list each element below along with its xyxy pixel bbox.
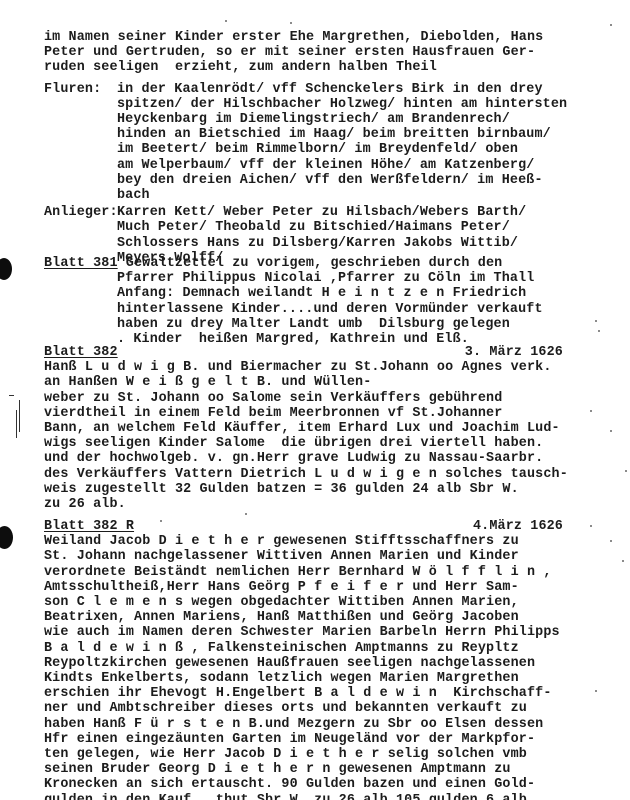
entry-line: hinterlassene Kinder....und deren Vormün… [117, 302, 543, 317]
entry-line: Amtsschultheiß,Herr Hans Geörg P f e i f… [44, 580, 519, 595]
scan-speck [590, 410, 592, 412]
ink-blot [0, 258, 12, 280]
entry-line: Hfr einen eingezäunten Garten im Neugelä… [44, 732, 535, 747]
entry-line: haben Hanß F ü r s t e n B.und Mezgern z… [44, 717, 543, 732]
anlieger-line: Schlossers Hans zu Dilsberg/Karren Jakob… [117, 236, 518, 251]
blatt-heading: Blatt 382 R [44, 519, 134, 534]
entry-line: weber zu St. Johann oo Salome sein Verkä… [44, 391, 502, 406]
scan-speck [598, 330, 600, 332]
entry-line: gulden in den Kauf,. thut Sbr W. zu 26 a… [44, 793, 527, 800]
entry-line: Beatrixen, Annen Mariens, Hanß Matthißen… [44, 610, 519, 625]
fluren-line: im Beetert/ beim Rimmelborn/ im Breydenf… [117, 142, 518, 157]
entry-line: wigs seeligen Kinder Salome die übrigen … [44, 436, 543, 451]
scan-speck [225, 20, 227, 22]
entry-line: ten gelegen, wie Herr Jacob D i e t h e … [44, 747, 527, 762]
intro-line: im Namen seiner Kinder erster Ehe Margre… [44, 30, 543, 45]
scan-speck [610, 540, 612, 542]
scan-speck [160, 520, 162, 522]
margin-mark [9, 395, 14, 396]
anlieger-line: Much Peter/ Theobald zu Bitschied/Haiman… [117, 220, 510, 235]
entry-line: seinen Bruder Georg D i e t h e r n gewe… [44, 762, 511, 777]
fluren-line: bach [117, 188, 150, 203]
entry-line: B a l d e w i n ß , Falkensteinischen Am… [44, 641, 519, 656]
scan-speck [610, 430, 612, 432]
entry-line: Kronecken an sich ertauscht. 90 Gulden b… [44, 777, 535, 792]
entry-line: son C l e m e n s wegen obgedachter Witt… [44, 595, 519, 610]
fluren-line: am Welperbaum/ vff der kleinen Höhe/ am … [117, 158, 534, 173]
entry-line: haben zu drey Malter Landt umb Dilsburg … [117, 317, 510, 332]
entry-date: 4.März 1626 [473, 519, 563, 534]
scanned-document-page: im Namen seiner Kinder erster Ehe Margre… [0, 0, 630, 800]
blatt-heading: Blatt 381 [44, 256, 118, 271]
entry-line: Anfang: Demnach weilandt H e i n t z e n… [117, 286, 526, 301]
anlieger-label: Anlieger: [44, 205, 118, 220]
fluren-label: Fluren: [44, 82, 101, 97]
margin-mark [16, 410, 17, 438]
entry-line: an Hanßen W e i ß g e l t B. und Wüllen- [44, 375, 371, 390]
scan-speck [622, 560, 624, 562]
scan-speck [595, 690, 597, 692]
entry-line: Bann, an welchem Feld Käuffer, item Erha… [44, 421, 560, 436]
ink-blot [0, 526, 13, 549]
entry-date: 3. März 1626 [465, 345, 563, 360]
scan-speck [610, 24, 612, 26]
entry-line: Hanß L u d w i g B. und Biermacher zu St… [44, 360, 552, 375]
blatt-heading: Blatt 382 [44, 345, 118, 360]
entry-line: Kindts Enkelberts, sodann letzlich wegen… [44, 671, 519, 686]
entry-line: Reypoltzkirchen gewesenen Haußfrauen see… [44, 656, 535, 671]
fluren-line: in der Kaalenrödt/ vff Schenckelers Birk… [117, 82, 543, 97]
intro-line: ruden seeligen erzieht, zum andern halbe… [44, 60, 437, 75]
fluren-line: Heyckenbarg im Diemelingstriech/ am Bran… [117, 112, 510, 127]
entry-line: und der hochwolgeb. v. gn.Herr grave Lud… [44, 451, 543, 466]
entry-line: wie auch im Namen deren Schwester Marien… [44, 625, 560, 640]
entry-line: St. Johann nachgelassener Wittiven Annen… [44, 549, 519, 564]
entry-line: zu 26 alb. [44, 497, 126, 512]
fluren-line: spitzen/ der Hilschbacher Holzweg/ hinte… [117, 97, 567, 112]
scan-speck [595, 320, 597, 322]
entry-heading-text: Gewaltzettel zu vorigem, geschrieben dur… [126, 256, 503, 271]
margin-mark [19, 400, 20, 432]
anlieger-line: Karren Kett/ Weber Peter zu Hilsbach/Web… [117, 205, 526, 220]
entry-line: ner und Ambtschreiber dieses orts und be… [44, 701, 527, 716]
scan-speck [400, 735, 402, 737]
fluren-line: bey den dreien Aichen/ vff den Werßfelde… [117, 173, 543, 188]
entry-line: Weiland Jacob D i e t h e r gewesenen St… [44, 534, 519, 549]
intro-line: Peter und Gertruden, so er mit seiner er… [44, 45, 535, 60]
entry-line: weis zugestellt 32 Gulden batzen = 36 gu… [44, 482, 519, 497]
scan-speck [590, 525, 592, 527]
scan-speck [625, 470, 627, 472]
entry-line: erschien ihr Ehevogt H.Engelbert B a l d… [44, 686, 552, 701]
entry-line: des Verkäuffers Vattern Dietrich L u d w… [44, 467, 568, 482]
scan-speck [245, 513, 247, 515]
fluren-line: hinden an Bietschied im Haag/ beim breit… [117, 127, 551, 142]
scan-speck [290, 22, 292, 24]
entry-line: . Kinder heißen Margred, Kathrein und El… [117, 332, 469, 347]
entry-line: verordnete Beiständt nemlichen Herr Bern… [44, 565, 552, 580]
entry-line: vierdtheil in einem Feld beim Meerbronne… [44, 406, 502, 421]
entry-line: Pfarrer Philippus Nicolai ,Pfarrer zu Cö… [117, 271, 534, 286]
